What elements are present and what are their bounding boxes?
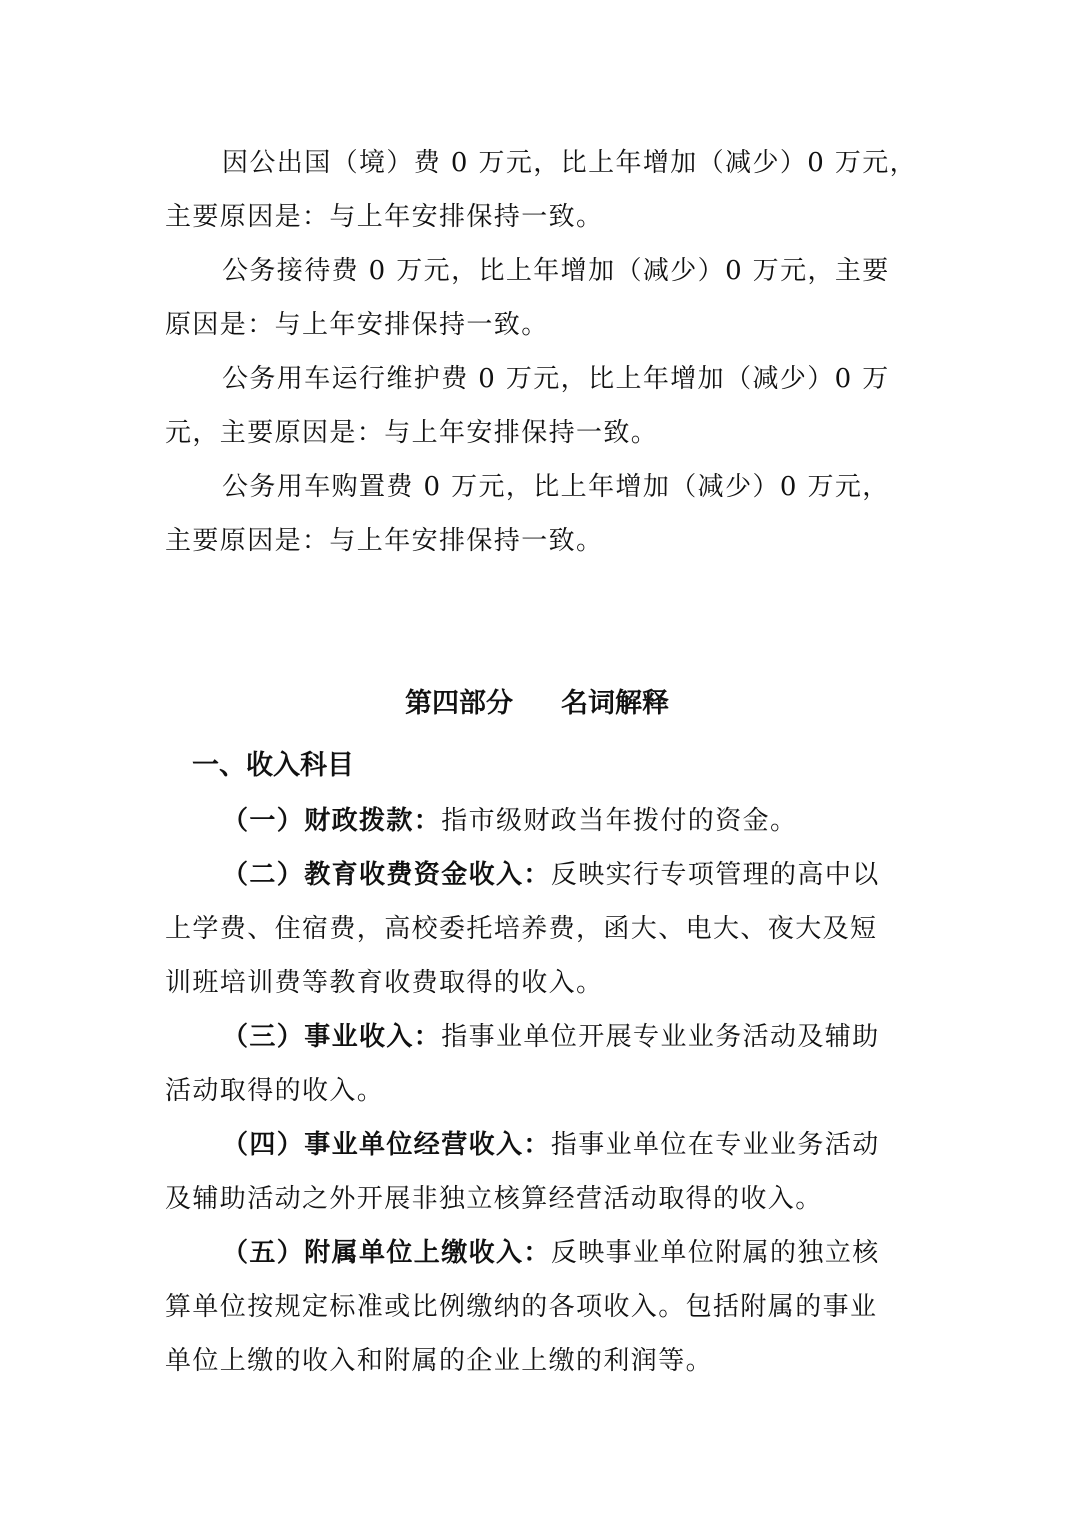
definition-text-line: 及辅助活动之外开展非独立核算经营活动取得的收入。	[165, 1182, 925, 1216]
definition-text: 指市级财政当年拨付的资金。	[441, 806, 797, 836]
paragraph-reception-line2: 原因是：与上年安排保持一致。	[165, 308, 925, 342]
term-label: （一）财政拨款：	[222, 806, 441, 836]
section-heading-income: 一、收入科目	[192, 748, 354, 784]
definition-text: 指事业单位在专业业务活动	[551, 1130, 880, 1160]
paragraph-vehicle-purchase-line1: 公务用车购置费 0 万元，比上年增加（减少）0 万元，	[222, 470, 982, 504]
definition-text-line: 单位上缴的收入和附属的企业上缴的利润等。	[165, 1344, 925, 1378]
term-label: （三）事业收入：	[222, 1022, 441, 1052]
term-label: （四）事业单位经营收入：	[222, 1130, 551, 1160]
definition-subsidiary-remittance: （五）附属单位上缴收入：反映事业单位附属的独立核	[222, 1236, 982, 1270]
paragraph-vehicle-purchase-line2: 主要原因是：与上年安排保持一致。	[165, 524, 925, 558]
definition-text: 指事业单位开展专业业务活动及辅助	[441, 1022, 879, 1052]
paragraph-overseas-travel-line1: 因公出国（境）费 0 万元，比上年增加（减少）0 万元，	[222, 146, 982, 180]
part-heading-title: 名词解释	[561, 688, 669, 719]
paragraph-reception-line1: 公务接待费 0 万元，比上年增加（减少）0 万元，主要	[222, 254, 982, 288]
definition-fiscal-appropriation: （一）财政拨款：指市级财政当年拨付的资金。	[222, 804, 982, 838]
definition-business-income: （三）事业收入：指事业单位开展专业业务活动及辅助	[222, 1020, 982, 1054]
paragraph-vehicle-maintenance-line1: 公务用车运行维护费 0 万元，比上年增加（减少）0 万	[222, 362, 982, 396]
definition-text-line: 算单位按规定标准或比例缴纳的各项收入。包括附属的事业	[165, 1290, 925, 1324]
term-label: （五）附属单位上缴收入：	[222, 1238, 551, 1268]
paragraph-vehicle-maintenance-line2: 元，主要原因是：与上年安排保持一致。	[165, 416, 925, 450]
definition-operating-income: （四）事业单位经营收入：指事业单位在专业业务活动	[222, 1128, 982, 1162]
definition-text-line: 训班培训费等教育收费取得的收入。	[165, 966, 925, 1000]
definition-text-line: 上学费、住宿费，高校委托培养费，函大、电大、夜大及短	[165, 912, 925, 946]
definition-text-line: 活动取得的收入。	[165, 1074, 925, 1108]
part-heading: 第四部分名词解释	[0, 686, 1074, 722]
paragraph-overseas-travel-line2: 主要原因是：与上年安排保持一致。	[165, 200, 925, 234]
part-heading-number: 第四部分	[405, 688, 513, 719]
term-label: （二）教育收费资金收入：	[222, 860, 551, 890]
definition-text: 反映事业单位附属的独立核	[551, 1238, 880, 1268]
definition-education-fees: （二）教育收费资金收入：反映实行专项管理的高中以	[222, 858, 982, 892]
document-page: 因公出国（境）费 0 万元，比上年增加（减少）0 万元， 主要原因是：与上年安排…	[0, 0, 1074, 1520]
definition-text: 反映实行专项管理的高中以	[551, 860, 880, 890]
